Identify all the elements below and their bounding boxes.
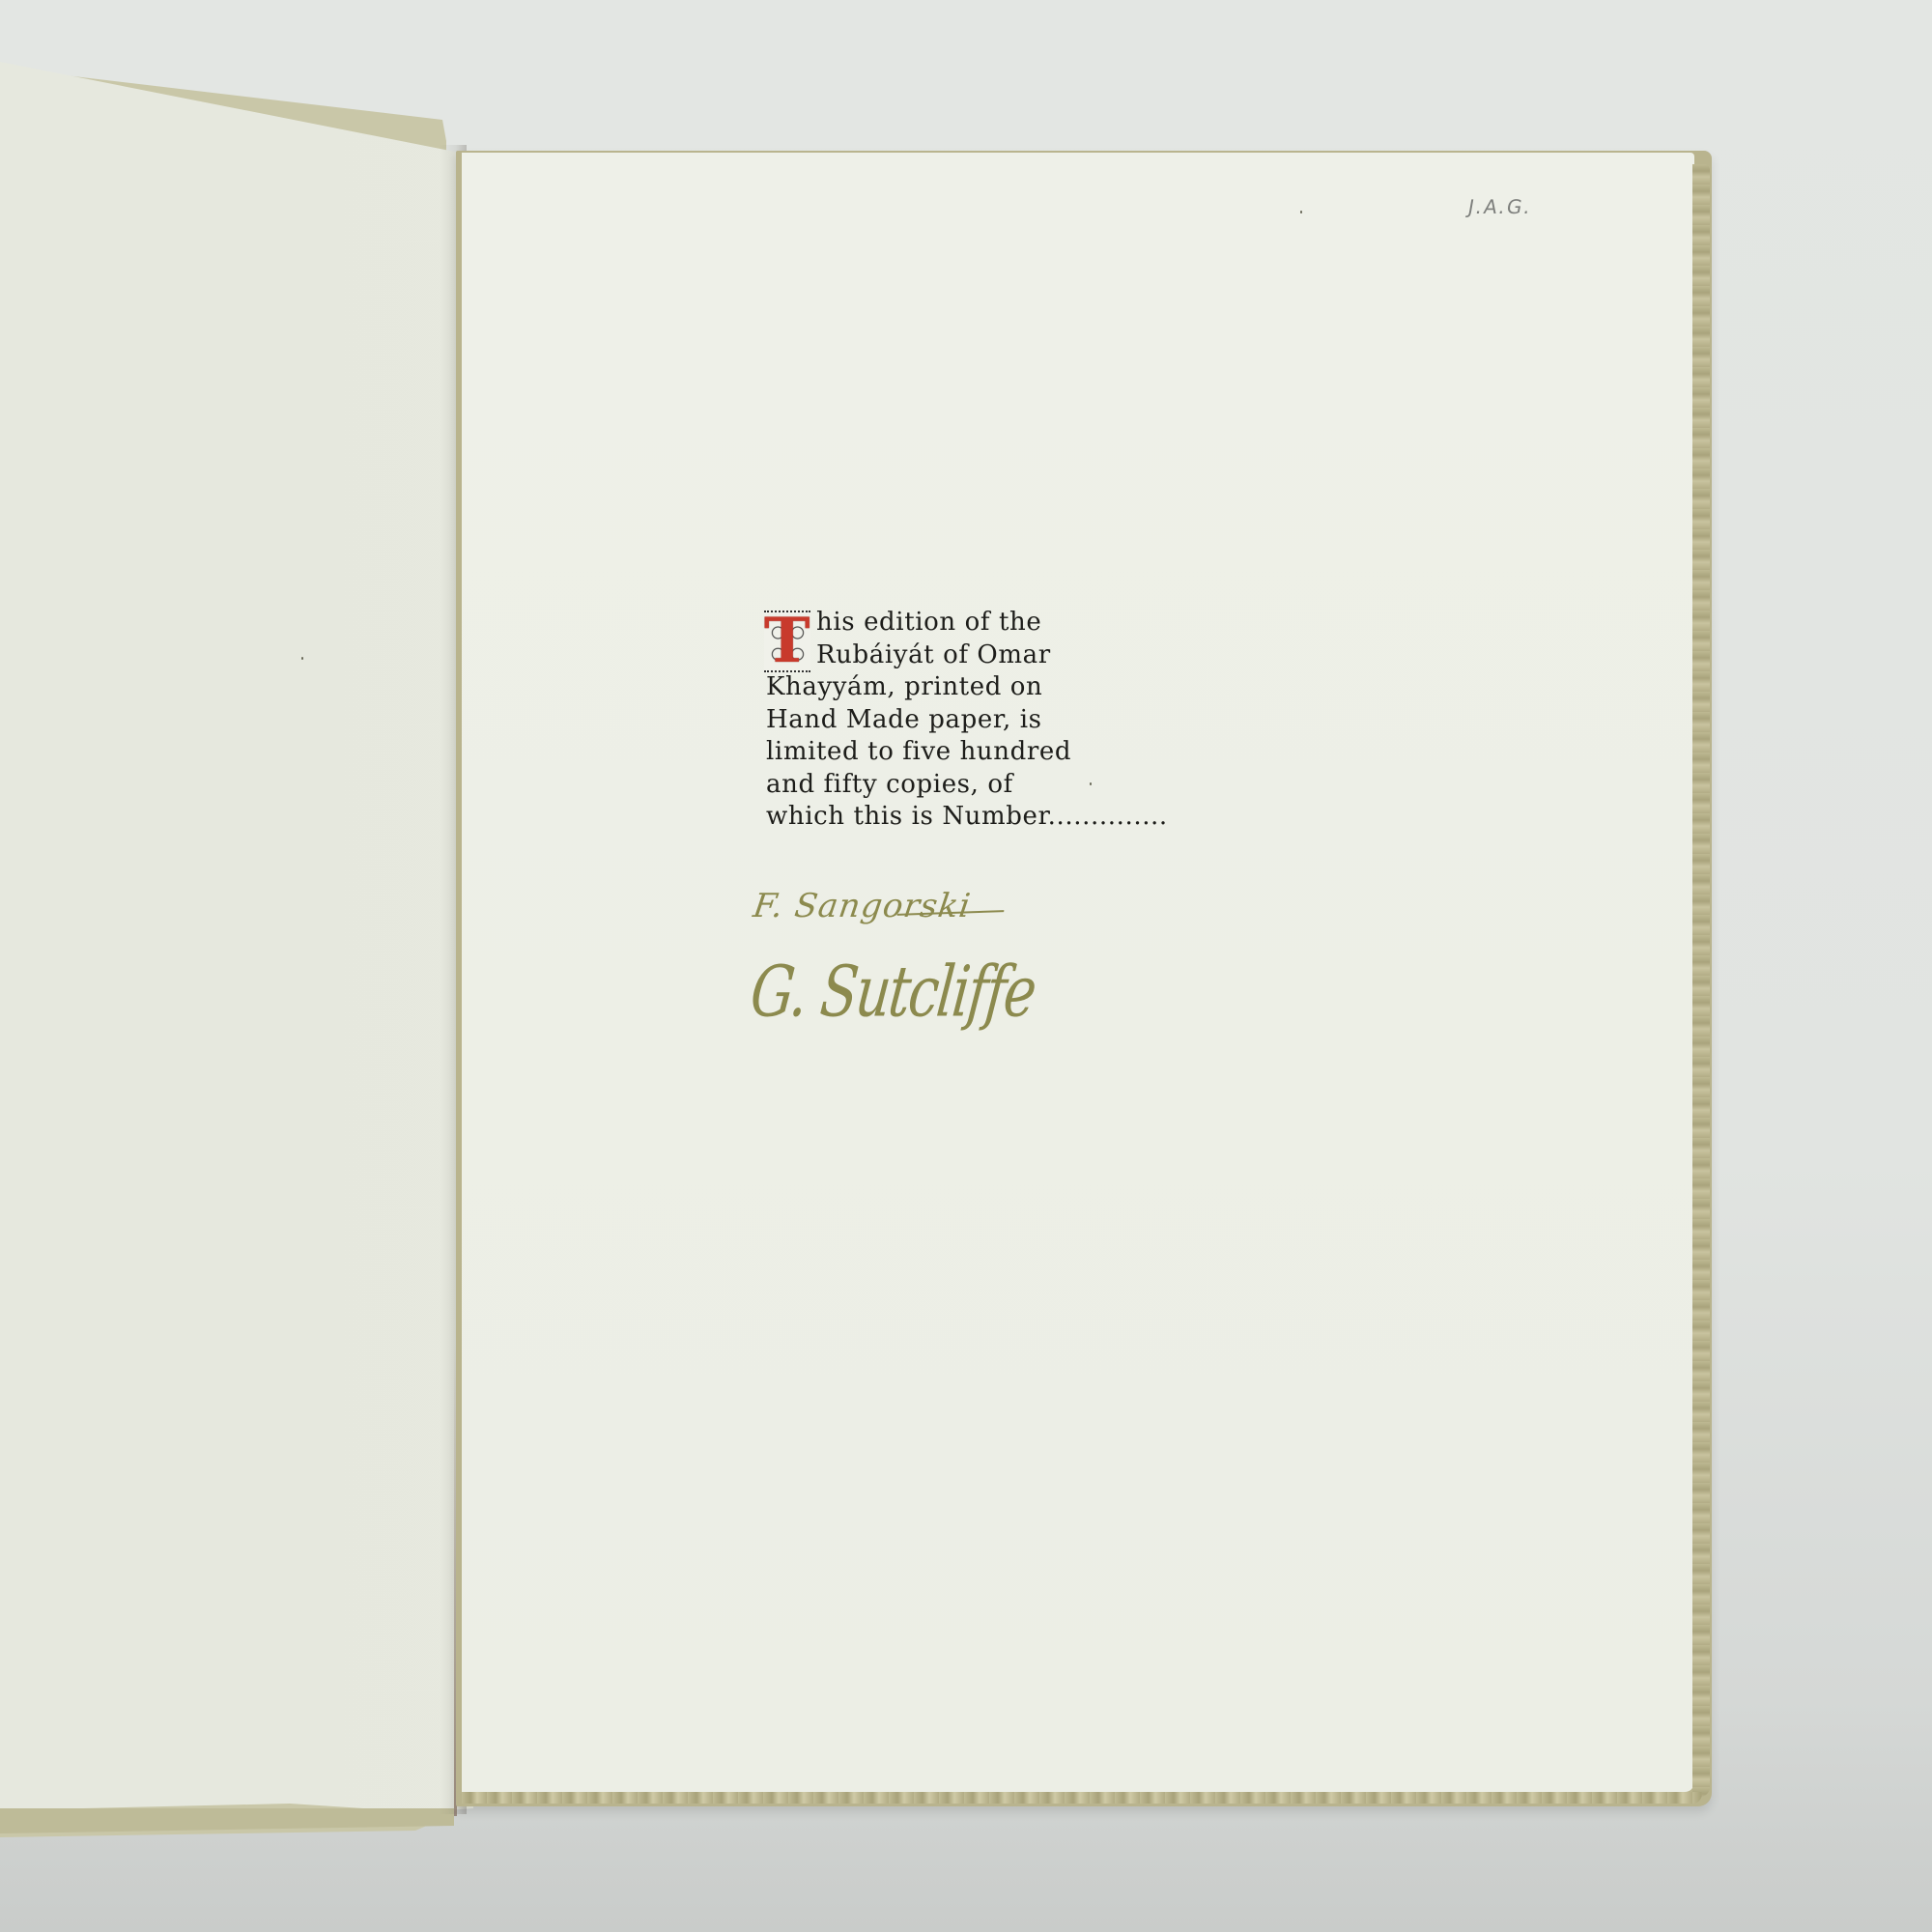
colophon-line-1: his edition of the bbox=[766, 607, 1172, 639]
paper-speck bbox=[301, 657, 303, 660]
pencil-initials: J.A.G. bbox=[1466, 195, 1534, 218]
colophon-line-3: Khayyám, printed on bbox=[766, 671, 1172, 704]
paper-speck bbox=[1300, 211, 1302, 213]
colophon-line-4: Hand Made paper, is bbox=[766, 704, 1172, 737]
limitation-statement: T his edition of the Rubáiyát of Omar Kh… bbox=[766, 607, 1172, 834]
fore-edge-deckle bbox=[1692, 164, 1710, 1797]
colophon-line-2: Rubáiyát of Omar bbox=[766, 639, 1172, 672]
colophon-line-5: limited to five hundred bbox=[766, 736, 1172, 769]
colophon-line-7: which this is Number.............. bbox=[766, 801, 1172, 834]
colophon-line-6: and fifty copies, of bbox=[766, 769, 1172, 802]
signature-sutcliffe: G. Sutcliffe bbox=[747, 952, 1038, 1034]
book-photo: J.A.G. T his edition of the Rubáiyát of … bbox=[0, 0, 1932, 1932]
signature-sangorski: F. Sangorski bbox=[751, 887, 973, 925]
dropcap-letter: T bbox=[764, 612, 810, 670]
bottom-edge-deckle bbox=[462, 1792, 1702, 1804]
right-page bbox=[462, 153, 1694, 1792]
illuminated-dropcap: T bbox=[764, 611, 810, 672]
paper-speck bbox=[1090, 782, 1092, 785]
